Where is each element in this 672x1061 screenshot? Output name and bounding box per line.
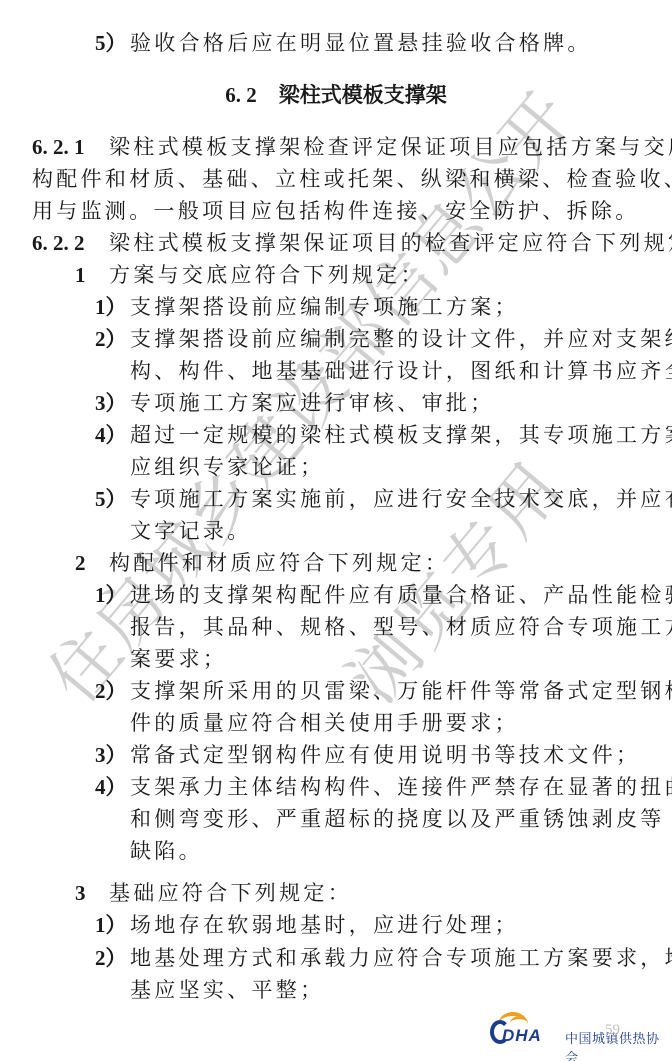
subitem-continuation: 缺陷。 <box>130 837 203 865</box>
subitem-text: 进场的支撑架构配件应有质量合格证、产品性能检验 <box>130 581 672 609</box>
subitem-number: 2） <box>95 677 127 705</box>
clause-number: 6. 2. 1 <box>32 133 109 161</box>
item-text: 构配件和材质应符合下列规定： <box>109 549 449 577</box>
subitem-text: 地基处理方式和承载力应符合专项施工方案要求，地 <box>130 944 672 972</box>
subitem-number: 4） <box>95 421 127 449</box>
subitem-text: 支架承力主体结构构件、连接件严禁存在显著的扭曲 <box>130 773 672 801</box>
subitem-continuation: 件的质量应符合相关使用手册要求； <box>130 709 519 737</box>
subitem-text: 支撑架所采用的贝雷梁、万能杆件等常备式定型钢构 <box>130 677 672 705</box>
section-number: 6. 2 <box>225 83 257 107</box>
clause-621-line-1: 6. 2. 1梁柱式模板支撑架检查评定保证项目应包括方案与交底、 <box>32 133 672 161</box>
subitem-number: 4） <box>95 773 127 801</box>
section-title: 梁柱式模板支撑架 <box>279 83 447 107</box>
subitem-continuation: 构、构件、地基基础进行设计，图纸和计算书应齐全； <box>130 357 672 385</box>
clause-text: 梁柱式模板支撑架检查评定保证项目应包括方案与交底、 <box>109 135 672 159</box>
cdha-logo: DHA 中国城镇供热协会 <box>490 1012 670 1052</box>
item-number: 1 <box>75 261 86 289</box>
clause-621-line-3: 用与监测。一般项目应包括构件连接、安全防护、拆除。 <box>32 197 640 225</box>
subitem-text: 场地存在软弱地基时，应进行处理； <box>130 911 519 939</box>
logo-abbr: DHA <box>502 1026 542 1046</box>
subitem-number: 2） <box>95 944 127 972</box>
subitem-continuation: 应组织专家论证； <box>130 453 324 481</box>
page-number: 59 <box>605 1022 620 1039</box>
item-number: 5） <box>95 29 127 57</box>
section-heading: 6. 2梁柱式模板支撑架 <box>0 80 672 110</box>
item-text: 方案与交底应符合下列规定： <box>109 261 425 289</box>
subitem-text: 专项施工方案实施前，应进行安全技术交底，并应有 <box>130 485 672 513</box>
subitem-text: 支撑架搭设前应编制完整的设计文件，并应对支架结 <box>130 325 672 353</box>
subitem-continuation: 文字记录。 <box>130 517 252 545</box>
subitem-number: 2） <box>95 325 127 353</box>
subitem-continuation: 基应坚实、平整； <box>130 976 324 1004</box>
item-text: 验收合格后应在明显位置悬挂验收合格牌。 <box>130 29 592 57</box>
subitem-text: 支撑架搭设前应编制专项施工方案； <box>130 293 519 321</box>
subitem-text: 超过一定规模的梁柱式模板支撑架，其专项施工方案 <box>130 421 672 449</box>
subitem-continuation: 和侧弯变形、严重超标的挠度以及严重锈蚀剥皮等 <box>130 805 665 833</box>
subitem-number: 1） <box>95 911 127 939</box>
subitem-number: 1） <box>95 293 127 321</box>
subitem-text: 专项施工方案应进行审核、审批； <box>130 389 495 417</box>
clause-number: 6. 2. 2 <box>32 229 109 257</box>
subitem-number: 3） <box>95 389 127 417</box>
clause-text: 梁柱式模板支撑架保证项目的检查评定应符合下列规定： <box>109 231 672 255</box>
clause-622-line-1: 6. 2. 2梁柱式模板支撑架保证项目的检查评定应符合下列规定： <box>32 229 672 257</box>
subitem-continuation: 报告，其品种、规格、型号、材质应符合专项施工方 <box>130 613 672 641</box>
subitem-number: 1） <box>95 581 127 609</box>
subitem-continuation: 案要求； <box>130 645 227 673</box>
item-number: 2 <box>75 549 86 577</box>
subitem-number: 3） <box>95 741 127 769</box>
subitem-number: 5） <box>95 485 127 513</box>
item-number: 3 <box>75 879 86 907</box>
subitem-text: 常备式定型钢构件应有使用说明书等技术文件； <box>130 741 640 769</box>
item-text: 基础应符合下列规定： <box>109 879 352 907</box>
clause-621-line-2: 构配件和材质、基础、立柱或托架、纵梁和横梁、检查验收、使 <box>32 165 672 193</box>
